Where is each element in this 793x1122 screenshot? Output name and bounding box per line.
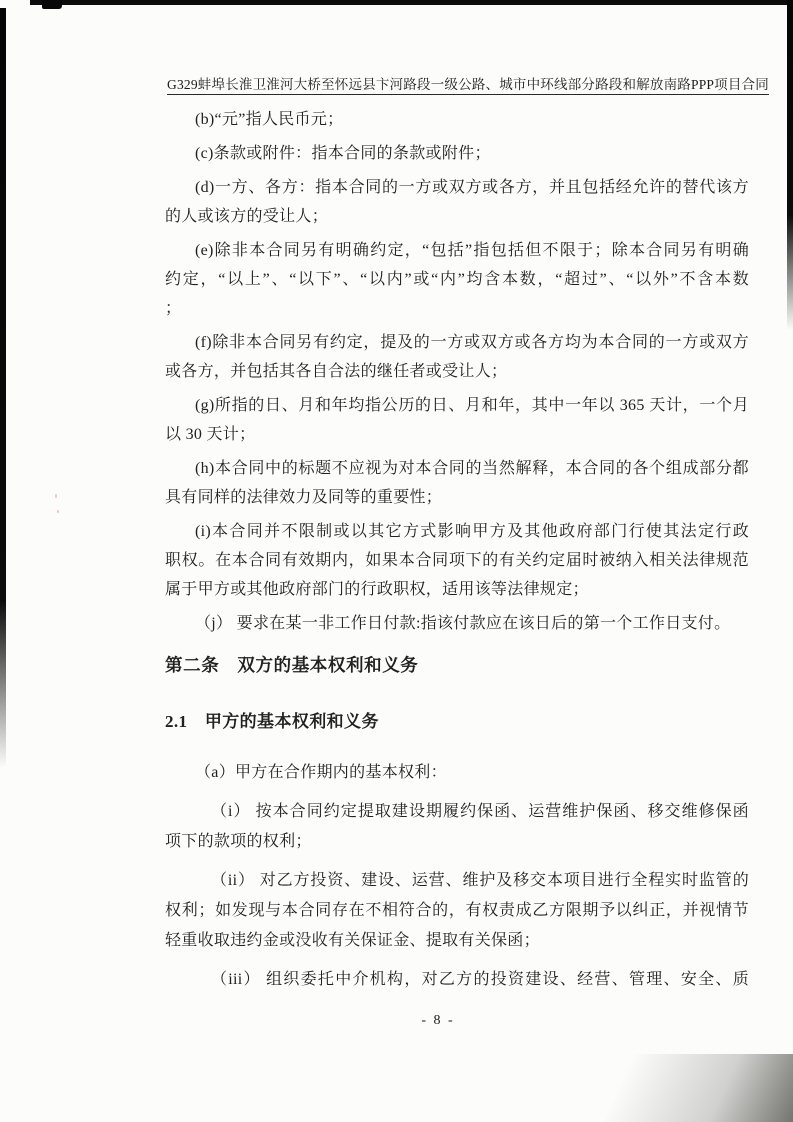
- article-heading: 第二条 双方的基本权利和义务: [165, 650, 749, 680]
- paragraph-line: 轻重收取违约金或没收有关保证金、提取有关保函；: [165, 926, 749, 956]
- paragraph-line: ；: [165, 294, 749, 323]
- scan-shadow-bottom-right: [543, 1054, 793, 1122]
- scan-edge-left: [0, 8, 6, 768]
- scan-edge-top: [30, 0, 793, 5]
- paragraph-line: （iii） 组织委托中介机构，对乙方的投资建设、经营、管理、安全、质: [165, 965, 749, 995]
- paragraph-line: 约定，“以上”、“以下”、“以内”或“内”均含本数，“超过”、“以外”不含本数: [165, 265, 749, 294]
- definition-item-g: (g)所指的日、月和年均指公历的日、月和年，其中一年以 365 天计，一个月 以…: [165, 391, 749, 449]
- document-header-title: G329蚌埠长淮卫淮河大桥至怀远县卞河路段一级公路、城市中环线部分路段和解放南路…: [167, 76, 769, 95]
- paragraph-line: (h)本合同中的标题不应视为对本合同的当然解释，本合同的各个组成部分都: [165, 454, 749, 483]
- paragraph-line: (d)一方、各方：指本合同的一方或双方或各方，并且包括经允许的替代该方: [165, 173, 749, 202]
- scan-edge-right: [787, 0, 793, 330]
- paragraph-line: 职权。在本合同有效期内，如果本合同项下的有关约定届时被纳入相关法律规范: [165, 546, 749, 575]
- paragraph-line: 以 30 天计；: [165, 420, 749, 449]
- definition-item-c: (c)条款或附件：指本合同的条款或附件；: [165, 139, 749, 168]
- definition-item-b: (b)“元”指人民币元；: [165, 105, 749, 134]
- paragraph-line: （ii） 对乙方投资、建设、运营、维护及移交本项目进行全程实时监管的: [165, 866, 749, 896]
- paragraph-line: 权利；如发现与本合同存在不相符合的，有权责成乙方限期予以纠正，并视情节: [165, 896, 749, 926]
- paragraph-line: 具有同样的法律效力及同等的重要性；: [165, 483, 749, 512]
- sub-section-heading: 2.1 甲方的基本权利和义务: [165, 708, 749, 736]
- definition-item-f: (f)除非本合同另有约定，提及的一方或双方或各方均为本合同的一方或双方 或各方，…: [165, 328, 749, 386]
- section-2-1-body: （a）甲方在合作期内的基本权利： （i） 按本合同约定提取建设期履约保函、运营维…: [165, 758, 749, 995]
- paragraph-line: (i)本合同并不限制或以其它方式影响甲方及其他政府部门行使其法定行政: [165, 517, 749, 546]
- paragraph-line: (b)“元”指人民币元；: [165, 105, 749, 134]
- clause-item-i: （i） 按本合同约定提取建设期履约保函、运营维护保函、移交维修保函 项下的款项的…: [165, 797, 749, 857]
- clause-item-iii: （iii） 组织委托中介机构，对乙方的投资建设、经营、管理、安全、质: [165, 965, 749, 995]
- paragraph-line: (e)除非本合同另有明确约定，“包括”指包括但不限于；除本合同另有明确: [165, 236, 749, 265]
- clause-item-ii: （ii） 对乙方投资、建设、运营、维护及移交本项目进行全程实时监管的 权利；如发…: [165, 866, 749, 956]
- scan-edge-top-blob: [42, 0, 62, 9]
- paragraph-line: （a）甲方在合作期内的基本权利：: [165, 758, 749, 788]
- definition-item-d: (d)一方、各方：指本合同的一方或双方或各方，并且包括经允许的替代该方 的人或该…: [165, 173, 749, 231]
- definition-item-h: (h)本合同中的标题不应视为对本合同的当然解释，本合同的各个组成部分都 具有同样…: [165, 454, 749, 512]
- definition-item-e: (e)除非本合同另有明确约定，“包括”指包括但不限于；除本合同另有明确 约定，“…: [165, 236, 749, 323]
- page-body: (b)“元”指人民币元； (c)条款或附件：指本合同的条款或附件； (d)一方、…: [165, 105, 749, 1004]
- paragraph-line: 的人或该方的受让人；: [165, 202, 749, 231]
- scan-speck: [55, 494, 57, 498]
- paragraph-line: 属于甲方或其他政府部门的行政职权，适用该等法律规定；: [165, 575, 749, 604]
- paragraph-line: 项下的款项的权利；: [165, 827, 749, 857]
- paragraph-line: (g)所指的日、月和年均指公历的日、月和年，其中一年以 365 天计，一个月: [165, 391, 749, 420]
- definition-item-i: (i)本合同并不限制或以其它方式影响甲方及其他政府部门行使其法定行政 职权。在本…: [165, 517, 749, 604]
- page-number: - 8 -: [406, 1013, 470, 1029]
- scan-speck: [57, 510, 59, 513]
- paragraph-line: (f)除非本合同另有约定，提及的一方或双方或各方均为本合同的一方或双方: [165, 328, 749, 357]
- clause-item-a: （a）甲方在合作期内的基本权利：: [165, 758, 749, 788]
- scanned-contract-page: G329蚌埠长淮卫淮河大桥至怀远县卞河路段一级公路、城市中环线部分路段和解放南路…: [0, 0, 793, 1122]
- paragraph-line: 或各方，并包括其各自合法的继任者或受让人；: [165, 357, 749, 386]
- paragraph-line: (c)条款或附件：指本合同的条款或附件；: [165, 139, 749, 168]
- paragraph-line: （i） 按本合同约定提取建设期履约保函、运营维护保函、移交维修保函: [165, 797, 749, 827]
- definition-item-j: （j） 要求在某一非工作日付款:指该付款应在该日后的第一个工作日支付。: [165, 609, 749, 638]
- paragraph-line: （j） 要求在某一非工作日付款:指该付款应在该日后的第一个工作日支付。: [165, 609, 749, 638]
